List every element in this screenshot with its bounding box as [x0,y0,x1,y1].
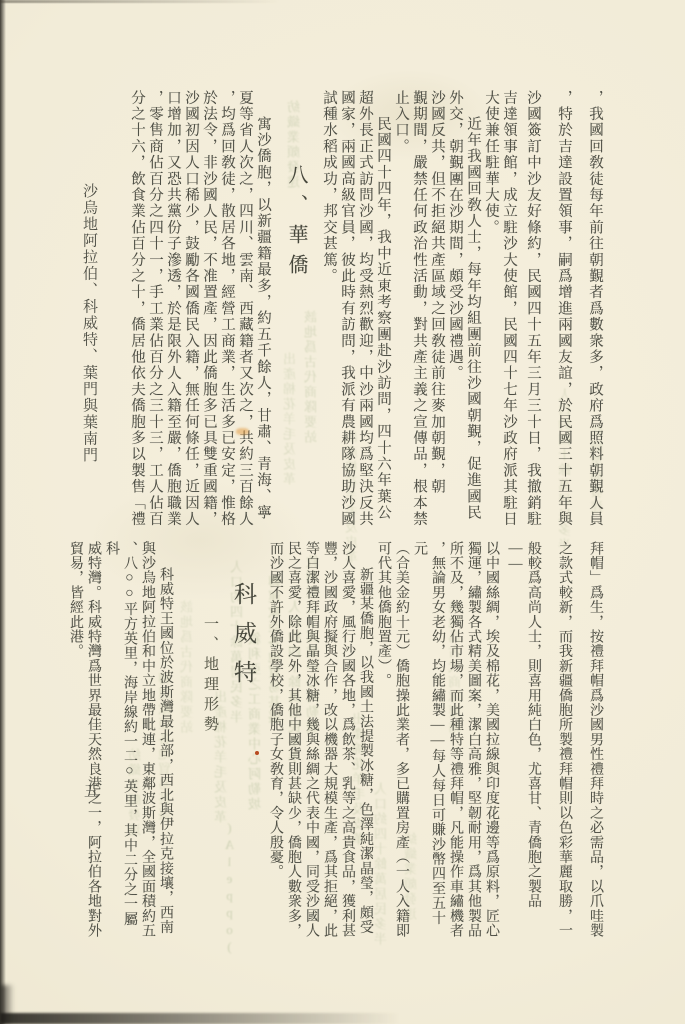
text-column: 而沙國不許外僑設學校，僑胞子女敎育，令人殷憂。 [266,541,284,939]
text-column: 近年我國回敎人士，每年均組團前往沙國朝覲，促進國民 [464,90,482,531]
text-column: ，均爲回敎徒，散居各地，經營工商業，生活多已安定，惟格 [218,90,236,531]
text-column: 貿易，皆經此港。 [66,541,84,939]
text-column: ，特於吉達設置領事，嗣爲增進兩國友誼，於民國三十五年與 [555,90,573,531]
text-column: 沙國簽訂中沙友好條約，民國四十五年三月三十日，我撤銷駐 [524,90,542,531]
text-column: 威特灣。科威特灣爲世界最佳天然良港之一，阿拉伯各地對外 [84,541,102,939]
text-column: 新疆某僑胞，以我國土法提製冰糖，色澤純潔晶瑩，頗受 [356,541,374,939]
margin-book-title: 沙烏地阿拉伯、科威特、葉門與葉南門 [79,183,100,464]
subsection-header-geography: 一、地理形勢 [202,541,218,939]
page-corner-shadow [0,985,14,1024]
page-edge-shadow-top [0,0,280,3]
lower-text-register: 拜帽﹂爲生，按禮拜帽爲沙國男性禮拜時之必需品，以爪哇製 之款式較新，而我新疆僑胞… [66,541,604,939]
page-edge-shadow-bottom [0,1013,400,1024]
text-column: 大使兼任駐華大使。 [482,90,500,531]
text-column: ︵合美金約十元︶僑胞操此業者，多已購置房產︵一人入籍即 [392,541,410,939]
scanned-book-page: 該地爲古代商隊要站 紡織業頗發達 出產棉花羊毛及皮革 人口約四十餘萬居民多半 紡… [0,0,685,1024]
text-column: 覲期間，嚴禁任何政治性活動，對共產主義之宣傳品，根本禁 [410,90,428,531]
page-edge-shadow-left [0,0,6,1024]
text-column: ，零售商佔百分之四十一，手工業佔百分之三十三，工人佔百 [146,90,164,531]
text-column: 、八○○平方英里，海岸線約一二○英里，其中二分之一屬科 [102,541,138,939]
text-column: 般較爲高尚人士，則喜用純白色，尤喜甘、青僑胞之製品—— [506,541,542,939]
text-column: 國家，兩國高級官員，彼此時有訪問，我派有農耕隊協助沙國 [338,90,356,531]
text-column: 獨運，繡製各式精美圖案，潔白高雅，堅韌耐用，爲其他製品 [464,541,482,939]
text-column: 民國四十四年，我中近東考察團赴沙訪問，四十六年葉公 [374,90,392,531]
section-header-kuwait: 科威特 [230,541,256,939]
text-column: 科威特王國位於波斯灣最北部，西北與伊拉克接壤，西南 [156,541,174,939]
text-column: 所不及，幾獨佔市場，而此種特等禮拜帽，凡能操作車繡機者 [446,541,464,939]
text-column: 止入口。 [392,90,410,531]
text-column: 等白潔禮拜帽與晶瑩冰糖，幾與絲綢之代表中國，同受沙國人 [302,541,320,939]
text-column: 以中國絲綢，埃及棉花，美國拉線與印度花邊等爲原料，匠心 [482,541,500,939]
text-column: 沙人喜愛，風行沙國各地，爲飲茶、乳等之高貴食品，獲利甚 [338,541,356,939]
text-column: 試種水稻成功，邦交甚篤。 [320,90,338,531]
text-column: 與沙烏地阿拉伯和中立地帶毗連，東鄰波斯灣，全國面積約五 [138,541,156,939]
text-column: ，無論男女老幼，均能繡製——每人每日可賺沙幣四至五十元 [410,541,446,939]
text-column: 可代其他僑胞置產︶。 [374,541,392,939]
text-column: 外交，朝覲團在沙期間，頗受沙國禮遇。 [446,90,464,531]
text-column: 之款式較新，而我新疆僑胞所製禮拜帽則以色彩華麗取勝，一 [555,541,573,939]
text-column: 口增加，又恐共黨份子滲透，於是限外人入籍至嚴，僑胞職業 [164,90,182,531]
text-column: 寓沙僑胞，以新疆籍最多，約五千餘人，甘肅、青海、寧 [254,90,272,531]
text-column: 於法令，非沙國人民，不准置產，因此僑胞多已具雙重國籍， [200,90,218,531]
text-column: 吉達領事館，成立駐沙大使館，民國四十七年沙政府派其駐日 [500,90,518,531]
text-column: 沙國初因人口稀少，鼓勵各國僑民入籍，無任何條任，近因人 [182,90,200,531]
text-column: 拜帽﹂爲生，按禮拜帽爲沙國男性禮拜時之必需品，以爪哇製 [586,541,604,939]
text-column: 沙國反共，但不拒絕共產區域之回敎徒前往麥加朝覲，朝 [428,90,446,531]
page-number: 五 [84,780,99,801]
section-header-overseas-chinese: 八、華僑 [285,90,307,531]
text-column: 夏等省人次之，四川、雲南、西藏籍者又次之，共約三百餘人 [236,90,254,531]
text-column: 豐，沙國政府擬與合作，改以機器大規模生產，爲其拒絕，此 [320,541,338,939]
text-column: ，我國回敎徒每年前往朝覲者爲數衆多，政府爲照料朝覲人員 [586,90,604,531]
text-column: 超外長正式訪問沙國，均受熱烈歡迎，中沙兩國均爲堅決反共 [356,90,374,531]
text-column: 民之喜愛，除此之外，其他中國貨則甚缺少，僑胞人數衆多， [284,541,302,939]
upper-text-register: ，我國回敎徒每年前往朝覲者爲數衆多，政府爲照料朝覲人員 ，特於吉達設置領事，嗣爲… [128,90,604,531]
text-column: 分之十六，飲食業佔百分之十，僑居他依夫僑胞多以製售﹁禮 [128,90,146,531]
